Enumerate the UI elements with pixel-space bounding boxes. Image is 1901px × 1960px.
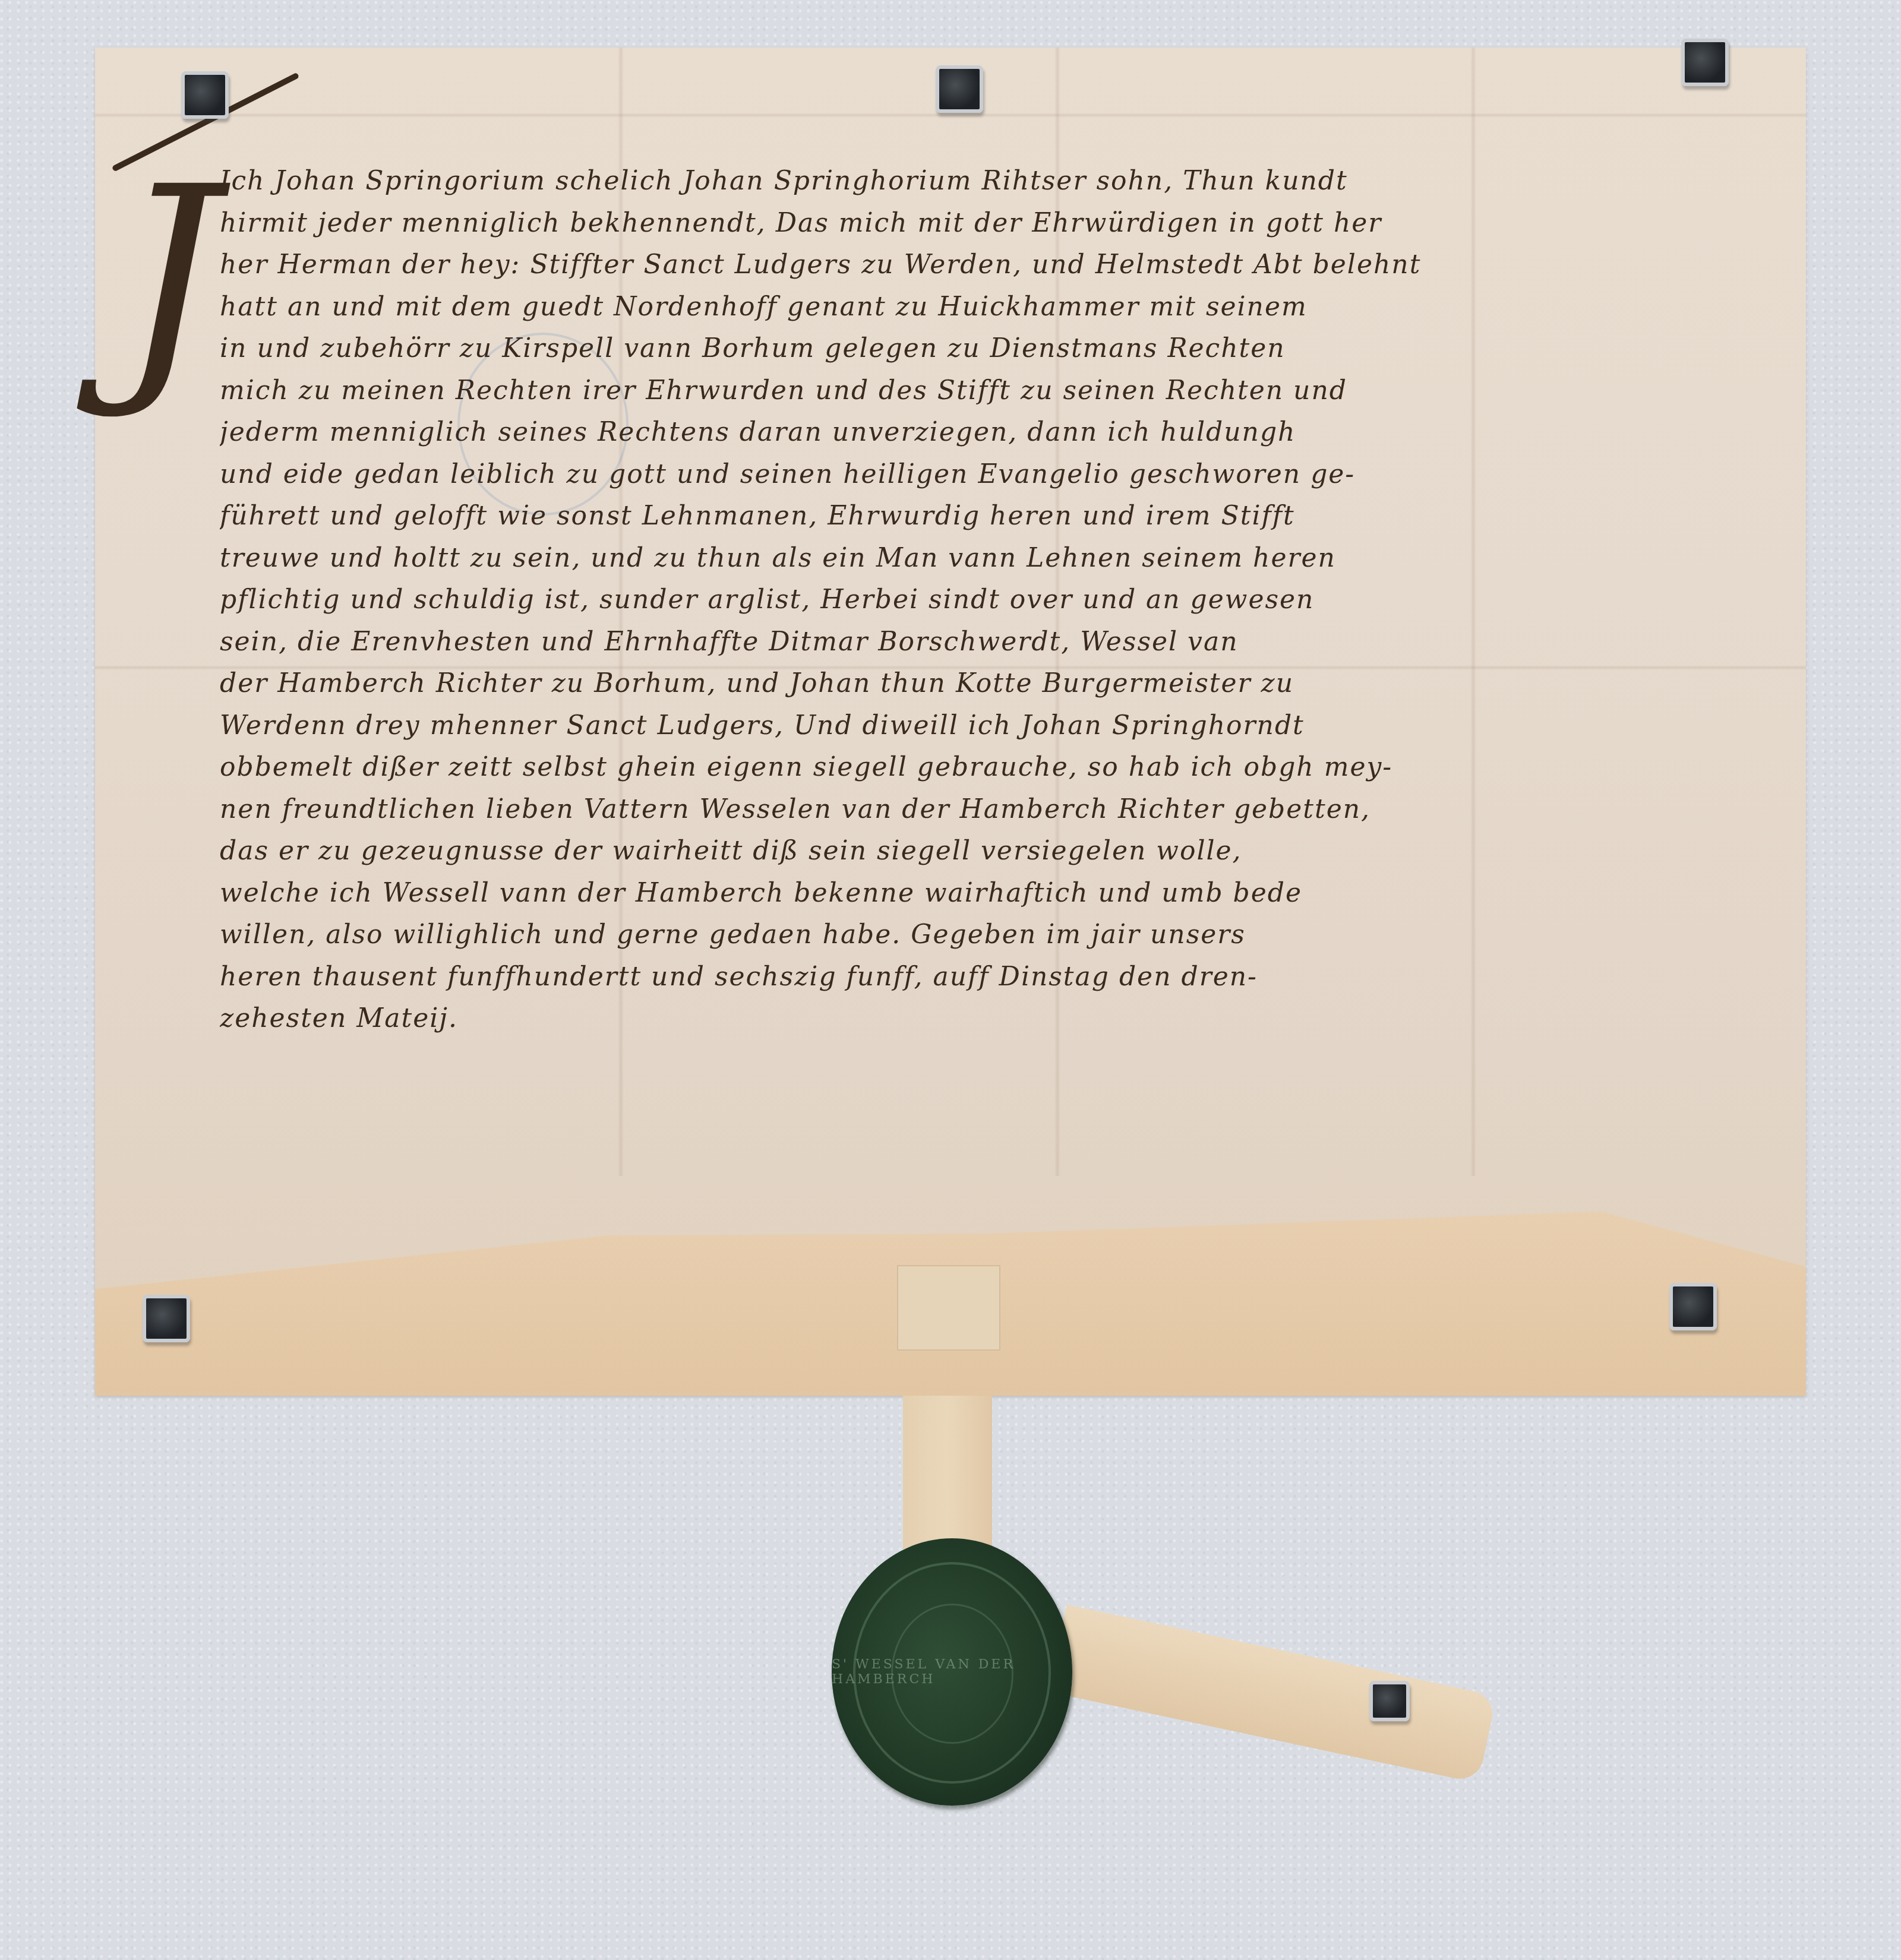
- mounting-magnet: [1369, 1681, 1410, 1721]
- text-line: sein, die Erenvhesten und Ehrnhaffte Dit…: [220, 621, 1729, 663]
- text-line: Ich Johan Springorium schelich Johan Spr…: [220, 160, 1729, 203]
- text-line: und eide gedan leiblich zu gott und sein…: [220, 454, 1729, 496]
- text-line: in und zubehörr zu Kirspell vann Borhum …: [220, 328, 1729, 370]
- text-line: nen freundtlichen lieben Vattern Wessele…: [220, 789, 1729, 831]
- text-line: heren thausent funffhundertt und sechszi…: [220, 956, 1729, 998]
- text-line: pflichtig und schuldig ist, sunder argli…: [220, 579, 1729, 621]
- text-line: hirmit jeder menniglich bekhennendt, Das…: [220, 203, 1729, 245]
- text-line: treuwe und holtt zu sein, und zu thun al…: [220, 538, 1729, 580]
- mounting-magnet: [1681, 39, 1729, 86]
- text-line: zehesten Mateij.: [220, 998, 1729, 1040]
- text-line: welche ich Wessell vann der Hamberch bek…: [220, 872, 1729, 915]
- text-line: mich zu meinen Rechten irer Ehrwurden un…: [220, 370, 1729, 412]
- seal-legend: S' WESSEL VAN DER HAMBERCH: [832, 1538, 1072, 1806]
- text-line: willen, also willighlich und gerne gedae…: [220, 914, 1729, 956]
- fold-line: [95, 113, 1806, 118]
- mounting-magnet: [1669, 1283, 1717, 1330]
- text-line: jederm menniglich seines Rechtens daran …: [220, 412, 1729, 454]
- text-line: her Herman der hey: Stiffter Sanct Ludge…: [220, 244, 1729, 286]
- text-line: der Hamberch Richter zu Borhum, und Joha…: [220, 663, 1729, 705]
- mounting-magnet: [143, 1295, 190, 1342]
- text-line: das er zu gezeugnusse der wairheitt diß …: [220, 830, 1729, 872]
- seal-tag-slot: [897, 1265, 1000, 1351]
- text-line: obbemelt dißer zeitt selbst ghein eigenn…: [220, 747, 1729, 789]
- seal-tag-strip: [1048, 1605, 1496, 1784]
- wax-seal: S' WESSEL VAN DER HAMBERCH: [832, 1538, 1072, 1806]
- text-line: führett und gelofft wie sonst Lehnmanen,…: [220, 495, 1729, 538]
- mounting-magnet: [936, 65, 983, 113]
- text-line: hatt an und mit dem guedt Nordenhoff gen…: [220, 286, 1729, 328]
- text-line: Werdenn drey mhenner Sanct Ludgers, Und …: [220, 705, 1729, 747]
- charter-text: Ich Johan Springorium schelich Johan Spr…: [220, 160, 1729, 1040]
- mounting-magnet: [181, 71, 229, 119]
- decorated-initial: J: [119, 154, 220, 434]
